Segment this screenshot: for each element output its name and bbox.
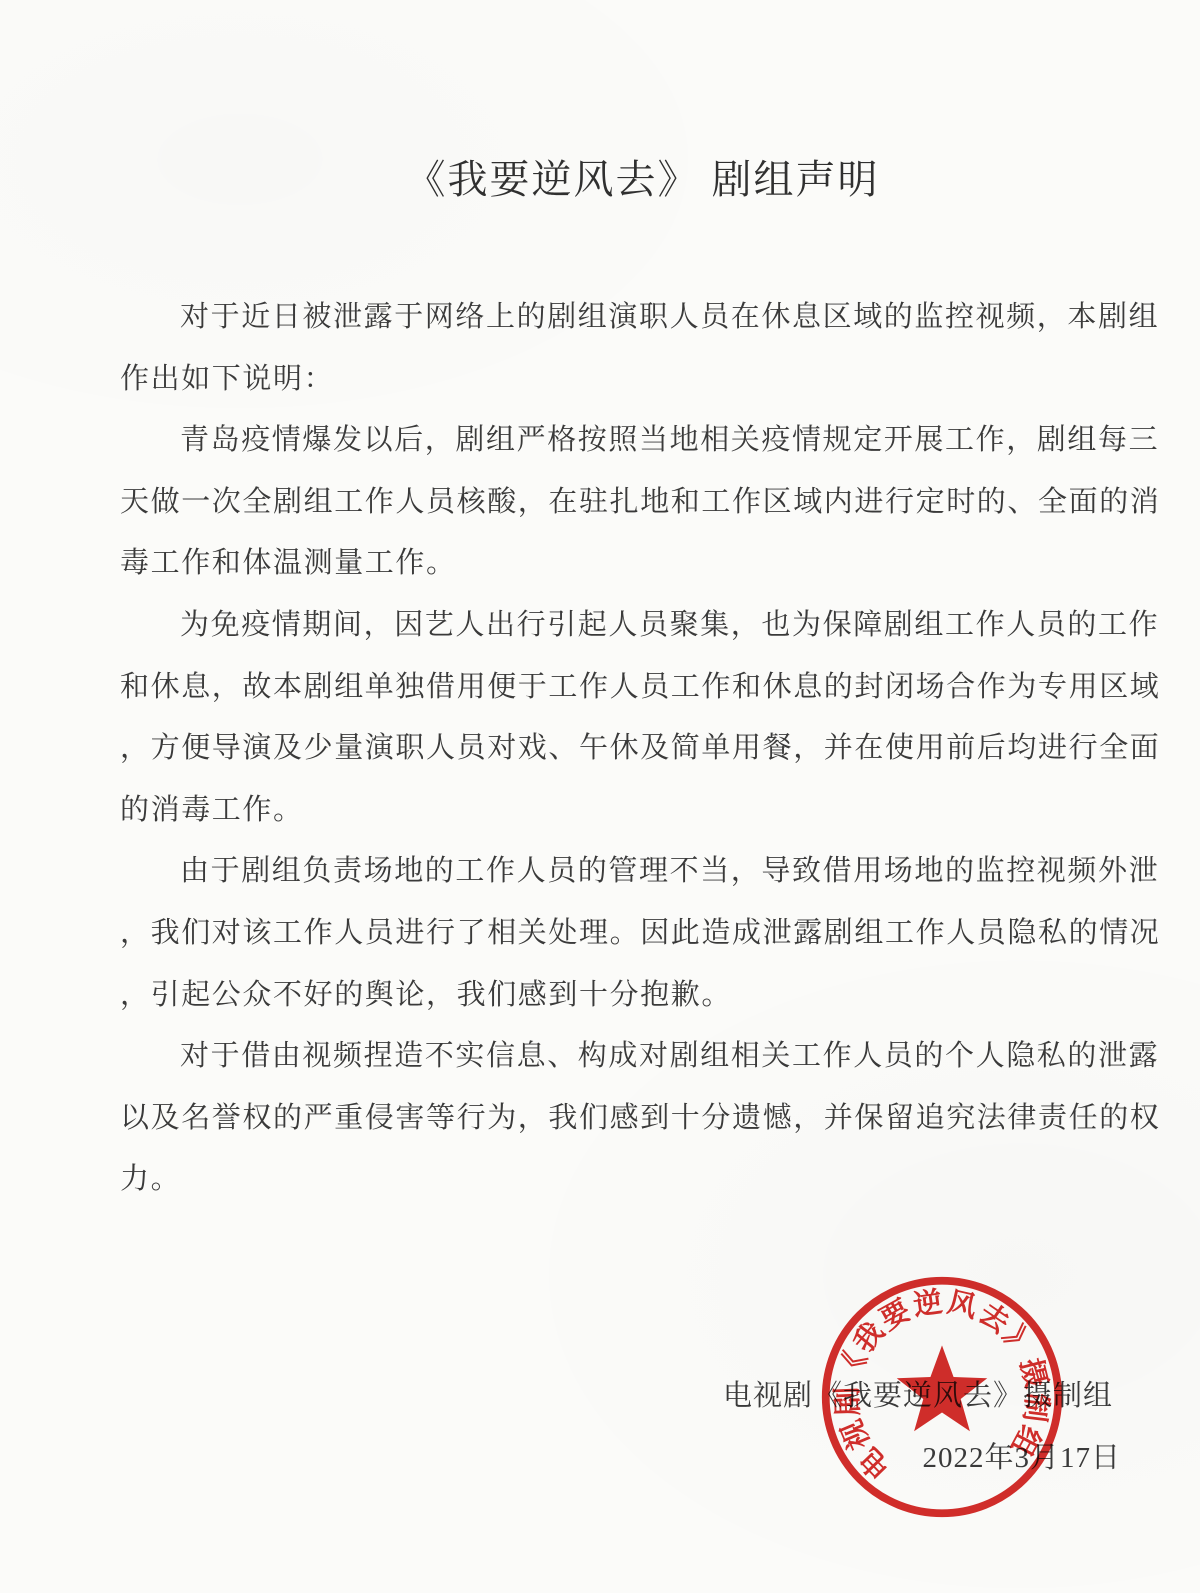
- paragraph-2: 青岛疫情爆发以后，剧组严格按照当地相关疫情规定开展工作，剧组每三天做一次全剧组工…: [120, 410, 1165, 595]
- signature-block: 电视剧《我要逆风去》摄制组 2022年3月17日: [120, 1365, 1165, 1489]
- signature-line: 电视剧《我要逆风去》摄制组: [120, 1365, 1165, 1427]
- paragraph-1: 对于近日被泄露于网络上的剧组演职人员在休息区域的监控视频，本剧组作出如下说明：: [120, 287, 1165, 410]
- date-line: 2022年3月17日: [120, 1427, 1165, 1489]
- document-sheet: 《我要逆风去》 剧组声明 对于近日被泄露于网络上的剧组演职人员在休息区域的监控视…: [120, 0, 1165, 1211]
- document-title: 《我要逆风去》 剧组声明: [120, 155, 1165, 205]
- paragraph-4: 由于剧组负责场地的工作人员的管理不当，导致借用场地的监控视频外泄，我们对该工作人…: [120, 841, 1165, 1026]
- paragraph-5: 对于借由视频捏造不实信息、构成对剧组相关工作人员的个人隐私的泄露以及名誉权的严重…: [120, 1026, 1165, 1211]
- document-body: 对于近日被泄露于网络上的剧组演职人员在休息区域的监控视频，本剧组作出如下说明： …: [120, 287, 1165, 1211]
- paragraph-3: 为免疫情期间，因艺人出行引起人员聚集，也为保障剧组工作人员的工作和休息，故本剧组…: [120, 595, 1165, 841]
